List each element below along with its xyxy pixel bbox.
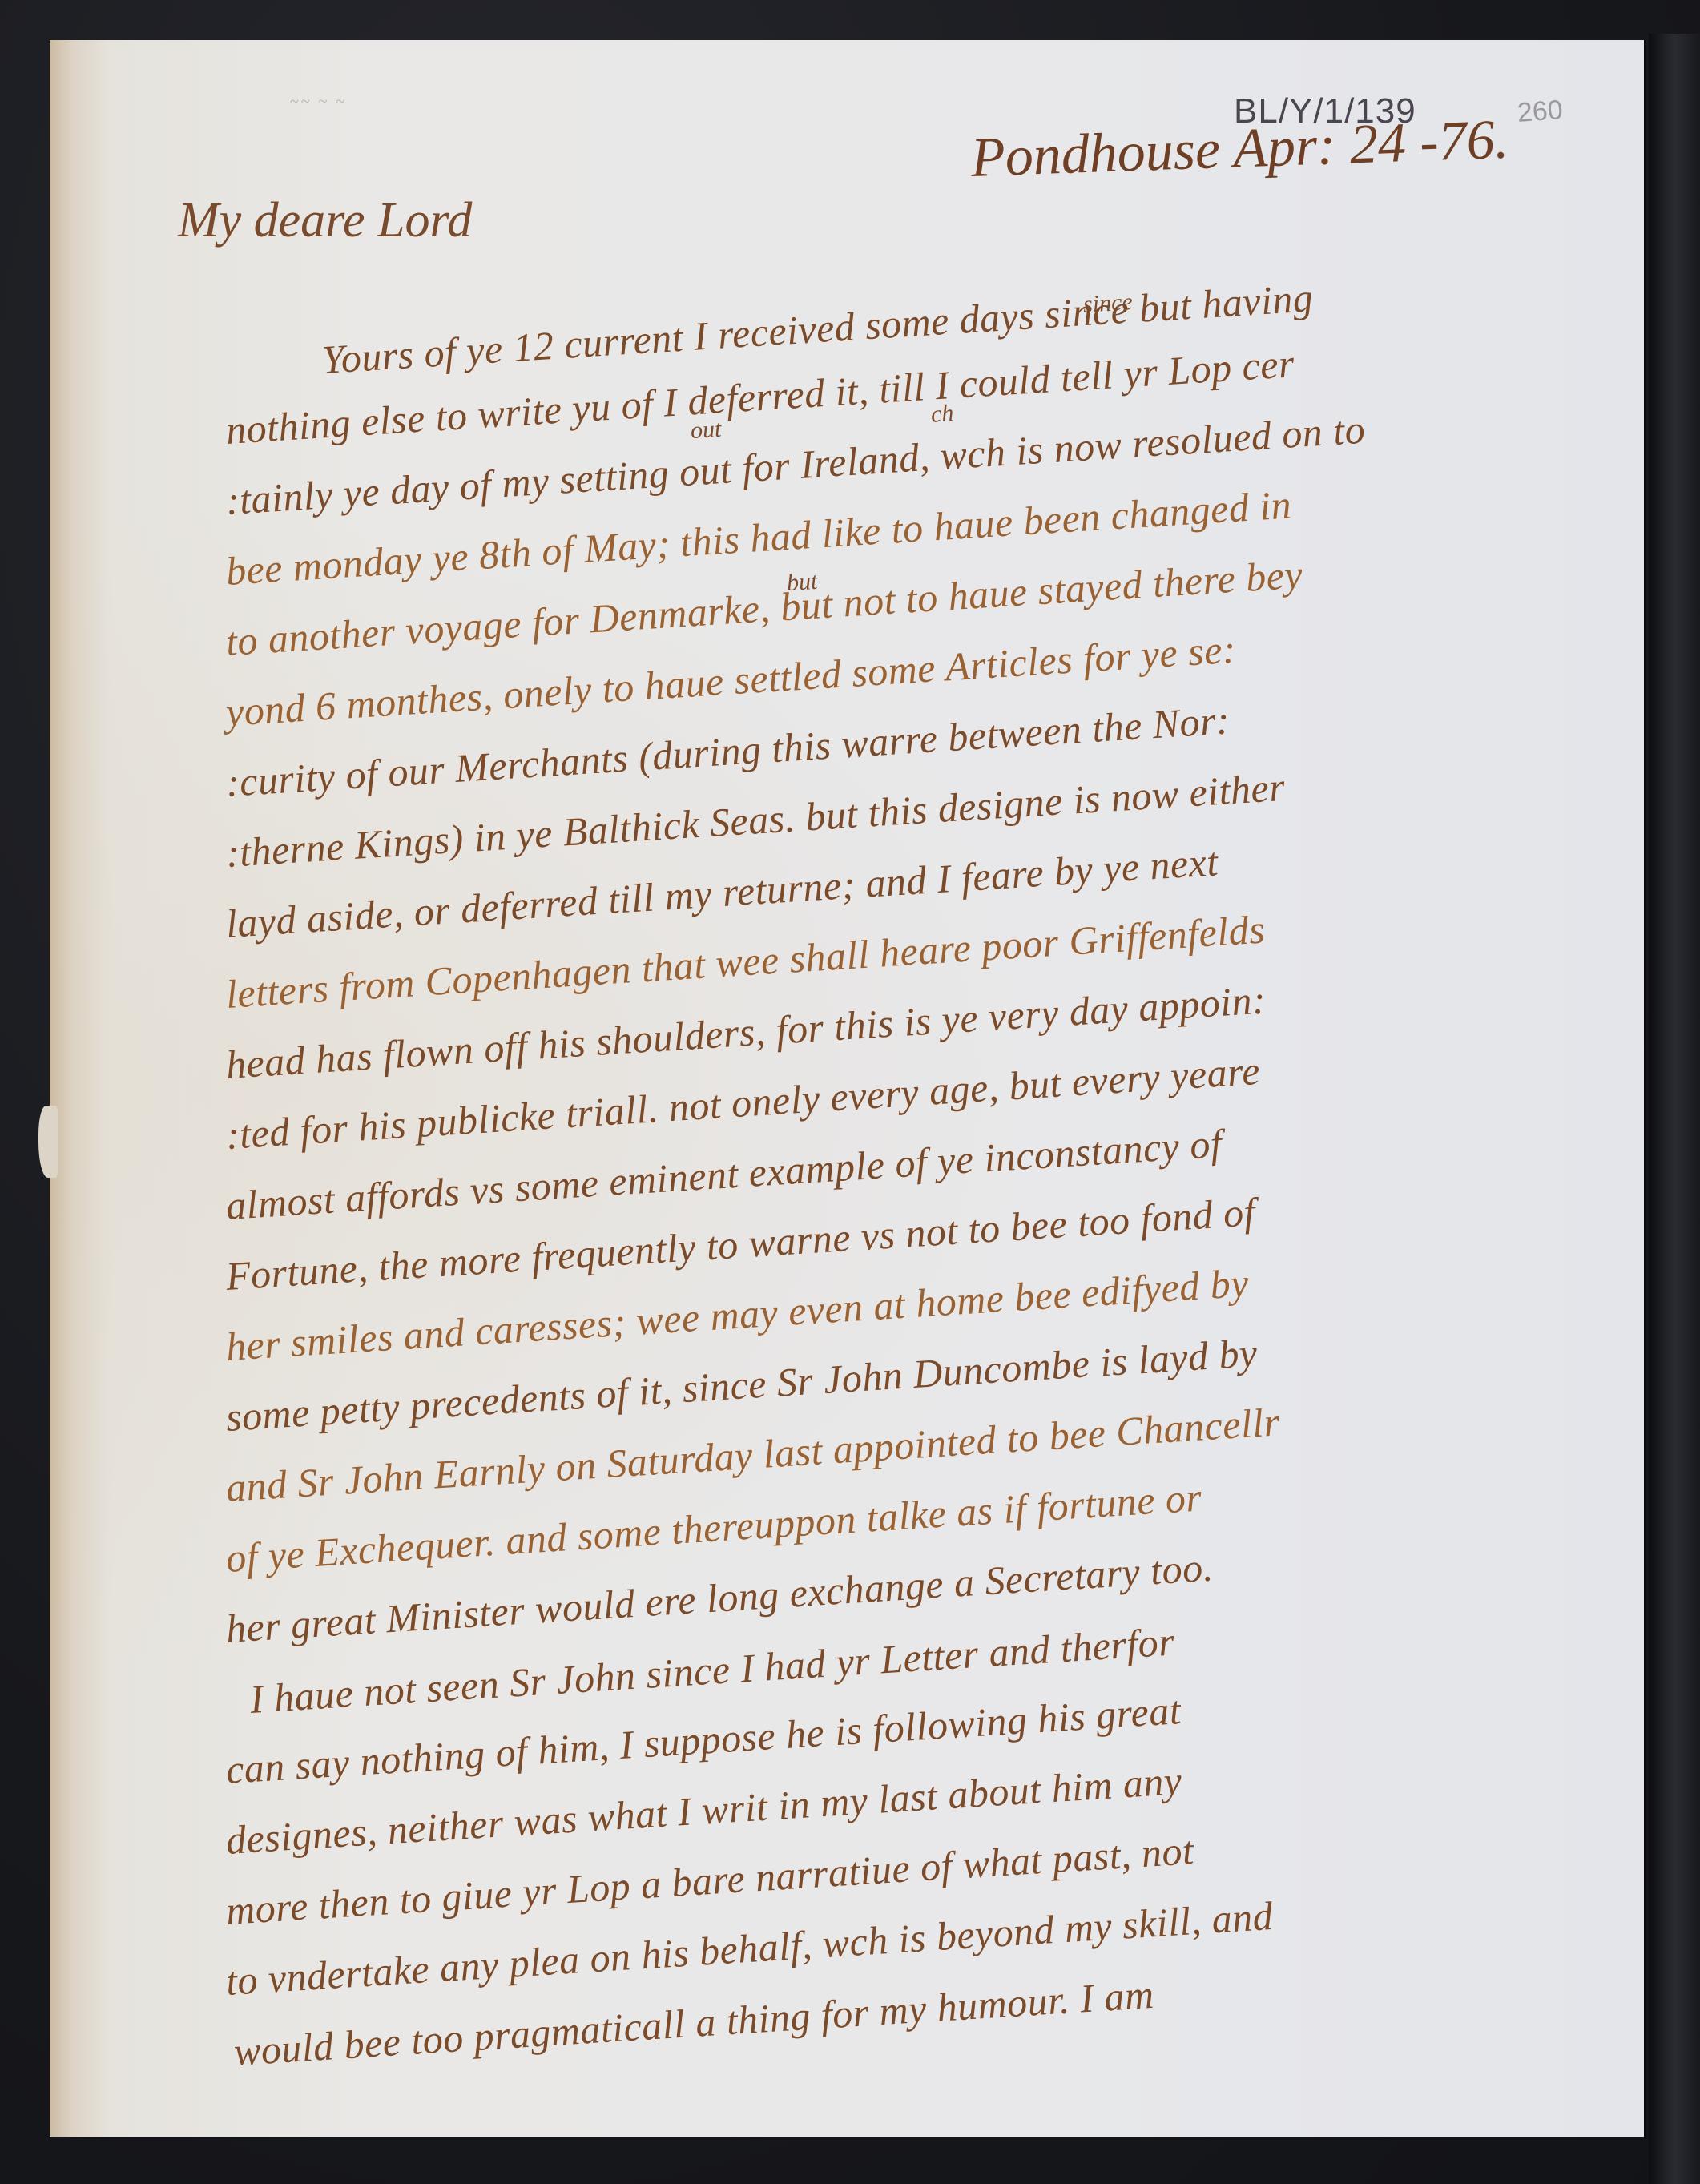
place-and-date: Pondhouse Apr: 24 -76. [970,108,1510,191]
faint-offset-mark: ~~ ~ ~ [290,93,394,109]
mount-binding-edge [1649,34,1700,2184]
paper-edge-stain [50,40,106,2137]
manuscript-page: ~~ ~ ~ BL/Y/1/139 260 Pondhouse Apr: 24 … [50,40,1644,2137]
paper-tear [38,1106,58,1178]
salutation: My deare Lord [178,192,472,249]
folio-number: 260 [1517,95,1564,129]
